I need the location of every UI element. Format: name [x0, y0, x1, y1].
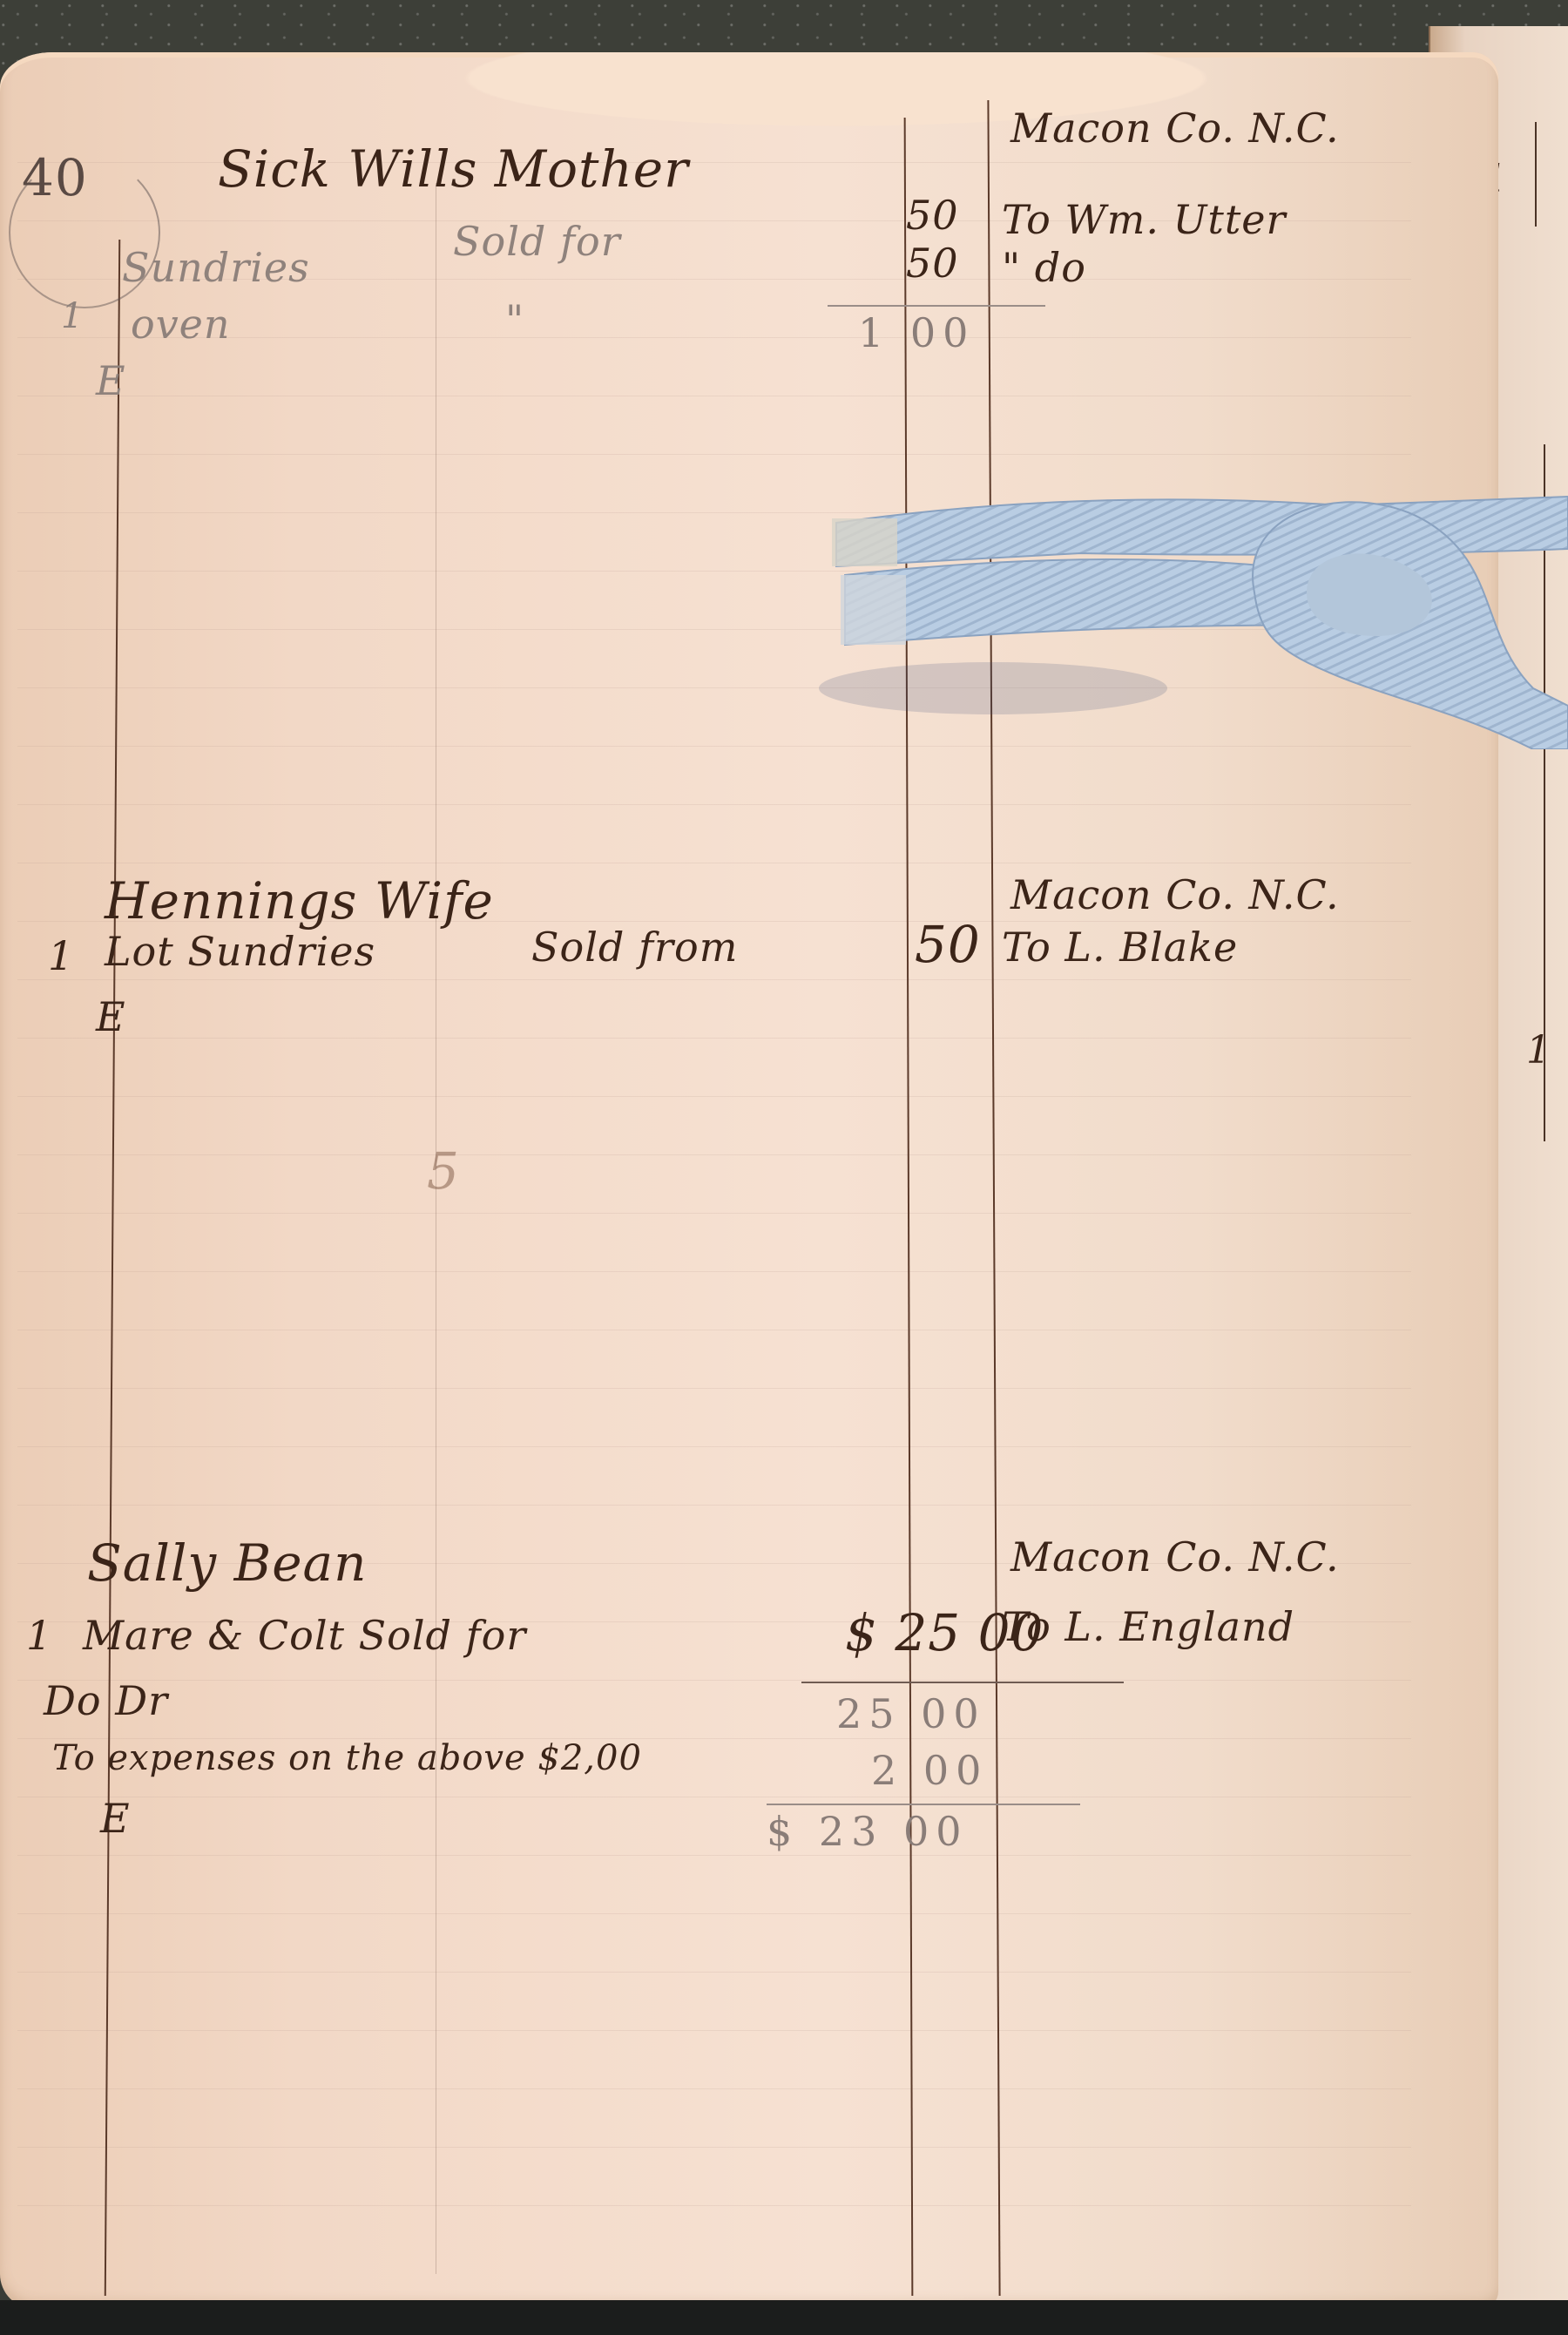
entry-1-place: Macon Co. N.C.: [1010, 105, 1340, 152]
ruled-lines: [17, 105, 1411, 2257]
entry-3-debit-label: Do Dr: [44, 1677, 168, 1724]
entry-2-amount: 50: [915, 915, 981, 974]
entry-2-place: Macon Co. N.C.: [1010, 871, 1340, 918]
pencil-calc-line: 2 00: [871, 1747, 988, 1794]
entry-3-buyer: To L. England: [1002, 1603, 1294, 1650]
ledger-page: 40 Sick Wills Mother 1 Sundries oven E S…: [0, 52, 1498, 2309]
blue-cord: [819, 488, 1568, 749]
entry-1-amount: 50: [906, 240, 959, 287]
faint-column-rule: [436, 183, 436, 2274]
entry-1-ditto: ": [505, 296, 524, 343]
pencil-calc-line: 25 00: [836, 1690, 986, 1737]
entry-1-buyer: " do: [1002, 244, 1086, 291]
table-surface: [0, 2300, 1568, 2335]
entry-2-description: Sold from: [531, 924, 738, 971]
entry-3-place: Macon Co. N.C.: [1010, 1533, 1340, 1580]
entry-3-item: Mare & Colt Sold for: [83, 1612, 526, 1659]
entry-1-item: Sundries: [122, 244, 310, 291]
entry-1-sum-rule: [828, 305, 1045, 307]
entry-1-amount: 50: [906, 192, 959, 239]
entry-1-item: oven: [131, 301, 231, 348]
entry-3-price-rule: [801, 1682, 1124, 1683]
adjacent-page-rule: [1535, 122, 1537, 227]
entry-1-qty: 1: [61, 296, 84, 336]
entry-2-mark: E: [96, 993, 126, 1040]
page-number: 40: [22, 148, 88, 207]
entry-3-mark: E: [100, 1795, 131, 1842]
bleedthrough-mark: 5: [427, 1141, 460, 1201]
entry-1-mark: E: [96, 357, 126, 404]
entry-2-item: Lot Sundries: [105, 928, 375, 975]
adjacent-page-mark: 1: [1526, 1028, 1551, 1073]
entry-1-header: Sick Wills Mother: [218, 139, 689, 199]
entry-2-header: Hennings Wife: [105, 871, 494, 931]
entry-1-buyer: To Wm. Utter: [1002, 196, 1287, 243]
entry-1-description: Sold for: [453, 218, 621, 265]
entry-3-qty: 1: [26, 1612, 52, 1659]
entry-2-buyer: To L. Blake: [1002, 924, 1238, 971]
pencil-calc-rule: [767, 1804, 1080, 1805]
entry-1-total: 1 00: [858, 309, 975, 356]
entry-2-qty: 1: [48, 932, 74, 979]
pencil-calc-total: $ 23 00: [767, 1808, 969, 1855]
entry-3-header: Sally Bean: [87, 1533, 368, 1593]
entry-3-expenses: To expenses on the above $2,00: [52, 1738, 642, 1778]
